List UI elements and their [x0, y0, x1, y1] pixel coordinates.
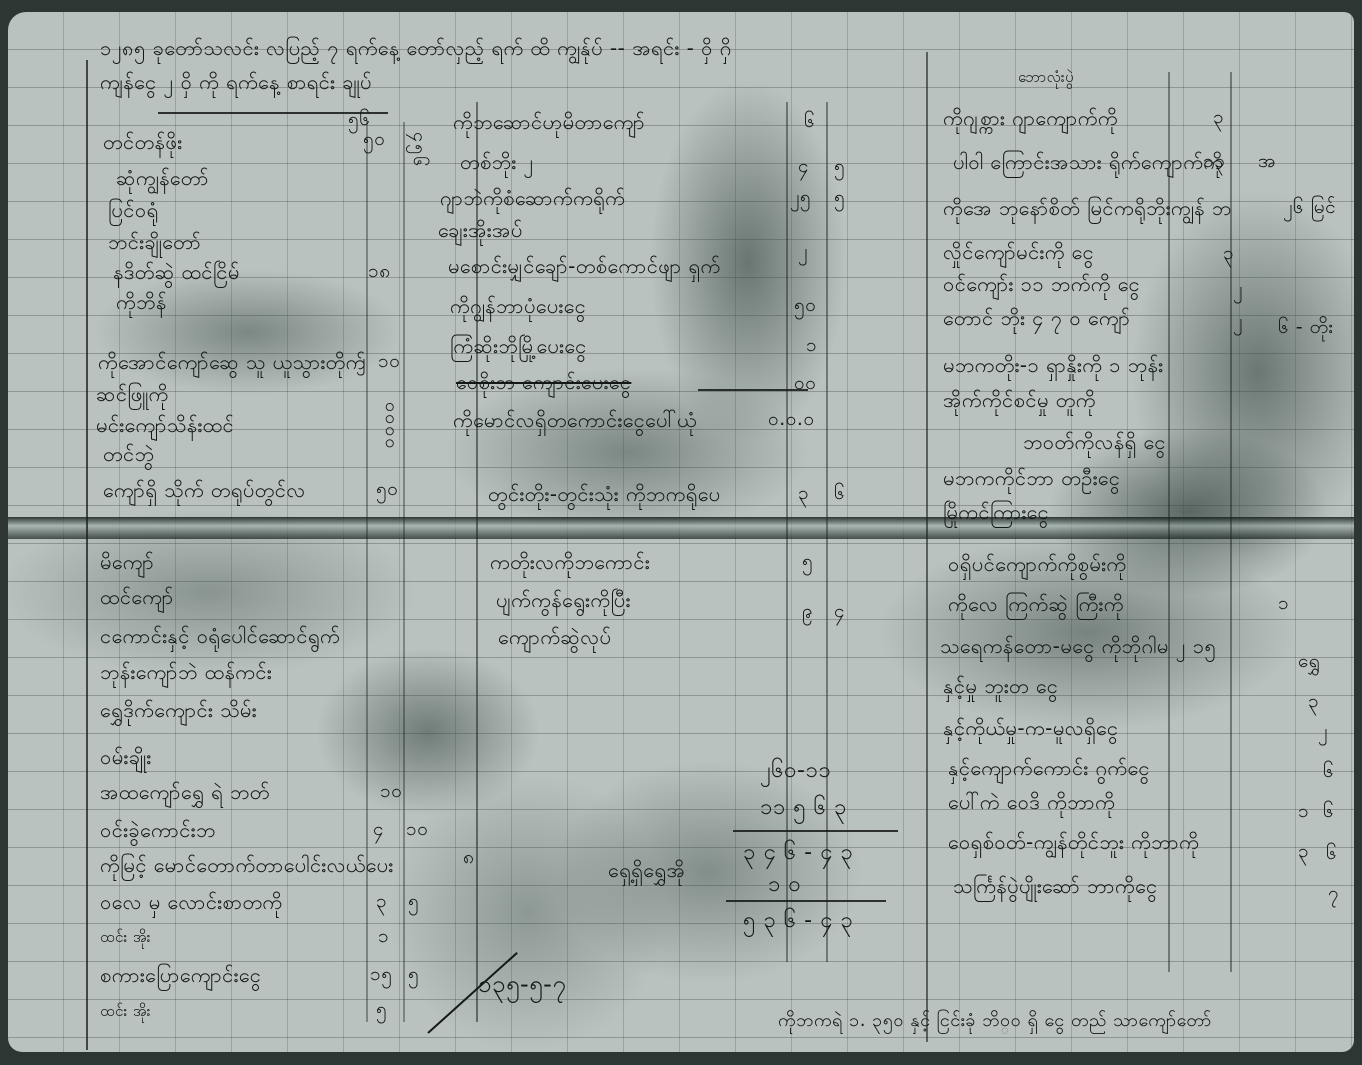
right-row-amount: ၂ — [1233, 312, 1243, 331]
middle-row-extra: ၅ — [834, 157, 845, 176]
left-subtotal-head: ၅၆ — [348, 110, 370, 129]
left-row: ဝလေ မှ လောင်းစာတကို — [100, 892, 283, 912]
left-row-extra: ၁၀ — [406, 820, 428, 839]
middle-row: ကတိုးလကိုဘကောင်း — [490, 552, 650, 572]
right-row-amount: ၁၃ — [1203, 152, 1225, 171]
right-row: မြိုကင်ကြားငွေ — [943, 502, 1049, 522]
middle-row: ကျောက်ဆွဲလုပ် — [498, 627, 611, 647]
middle-row-amount: ၂၅ — [790, 188, 811, 207]
left-row: နဒိတ်ဆွဲ ထင်ငြိမ် — [113, 262, 240, 282]
left-row: တင်တန်ဖိုး — [103, 132, 182, 152]
left-row: ဘုန်းကျော်ဘဲ ထန်ကင်း — [100, 662, 272, 682]
right-row-amount: ၁ — [1278, 594, 1289, 613]
right-row: နှင့်မှု ဘူးတ ငွေ — [943, 676, 1058, 696]
left-row-amount: ၁ — [378, 927, 389, 946]
calc-total: ၅ ၃ ၆ - ၄ ၃ — [743, 910, 853, 932]
left-row: မင်းကျော်သိန်းထင် — [96, 415, 234, 435]
calc-rule — [733, 830, 898, 832]
middle-row-amount: ၀၀ — [794, 374, 816, 393]
right-row-extra: ရွှေ — [1298, 652, 1320, 671]
calc-line-4: ၁ ၀ — [768, 874, 801, 896]
left-row: ငကောင်းနှင့် ဝရုံပေါင်ဆောင်ရွက် — [100, 626, 340, 646]
middle-row-struck: ဝေစိုးဘ ကျောင်းပေးငွေ — [456, 372, 631, 392]
left-row-extra: ၅ — [408, 892, 419, 911]
right-row: ဝေရှစ်ဝတ်-ကျွန်တိုင်ဘူး ကိုဘာကို — [948, 832, 1199, 852]
calc-rule — [726, 900, 886, 902]
right-row-extra: ၂ — [1318, 722, 1328, 741]
page-fold — [8, 517, 1354, 539]
calc-line-1: ၂၆၀-၁၁ — [760, 760, 831, 782]
left-row-amount: ၁၀ — [380, 782, 402, 801]
left-row: ဆုံကျွန်တော် — [116, 168, 209, 188]
middle-row-amount: ၀.၀.၀ — [768, 410, 815, 429]
calc-label: ရှေ့ရှိရွှေအို — [608, 860, 685, 880]
left-row: ကိုမြင့် မောင်တောက်တာပေါင်းလယ်ပေး — [100, 855, 394, 875]
left-row: ပြင်ဝရုံ — [108, 200, 159, 220]
left-row-amount: ၅၀ — [363, 130, 385, 149]
right-row-extra: ၆ — [1323, 762, 1334, 781]
left-row-amount: ၅ — [376, 1000, 387, 1019]
header-line-2: ကျန်ငွေ ၂ ဝှိ ကို ရက်နေ့ စာရင်း ချုပ် — [100, 72, 372, 92]
right-row: ကိုလေ ကြက်ဆွဲ ကြီးကို — [948, 594, 1124, 614]
right-row-extra: ၆ — [1323, 802, 1334, 821]
middle-row: ပျက်ကွန်ရွေးကိုပြီး — [496, 590, 631, 610]
left-row-amount: ၁၀ — [378, 352, 400, 371]
right-row: ပါဝါ ကြောင်းအသား ရိုက်ကျောက်ကို — [953, 152, 1223, 172]
right-row: နှင့်ကိုယ်မှု-က-မူလရှိငွေ — [943, 718, 1118, 738]
calc-line-2: ၁၁ ၅ ၆ ၃ — [760, 797, 847, 819]
column-rule — [366, 122, 368, 1022]
left-row-amount: ၃ — [376, 892, 387, 911]
column-rule — [786, 102, 788, 962]
middle-row-amount: ၅ — [802, 552, 813, 571]
left-row: ဘင်းချိုတော် — [108, 232, 201, 252]
left-row: အထကျော်ရွှေ ရဲ ဘတ် — [100, 782, 270, 802]
right-row: နှင့်ကျောက်ကောင်း ဂွက်ငွေ — [948, 758, 1150, 778]
right-row-amount: ၃ — [1298, 842, 1309, 861]
right-row-amount: ၂ — [1233, 280, 1243, 299]
left-row-amount: ၄ — [373, 820, 384, 839]
left-row-extra: ၈ — [463, 848, 474, 867]
right-row-extra: အ — [1258, 152, 1276, 171]
left-row: ရွှေဒိုက်ကျောင်း သိမ်း — [100, 700, 257, 720]
middle-row: တွင်းတိုး-တွင်းသုံး ကိုဘကရိုပေ — [488, 484, 720, 504]
left-row-extra: ၂ — [356, 352, 366, 371]
left-row: တင်ဘွဲ — [103, 444, 154, 464]
right-row: တောင် ဘိုး ၄ ၇ ၀ ကျော် — [943, 308, 1130, 328]
calc-line-3: ၃ ၄ ၆ - ၄ ၃ — [743, 842, 853, 864]
middle-row-extra: ၅ — [834, 188, 845, 207]
left-row: စကားပြောကျောင်းငွေ — [100, 965, 261, 985]
middle-row: ကိုမောင်လရှိတကောင်းငွေပေါ်ယုံ — [453, 410, 697, 430]
right-row-extra: ၆ — [1326, 844, 1337, 863]
middle-row-amount: ၅၀ — [794, 296, 816, 315]
left-footer-total: ၁၃၅-၅-၇ — [478, 972, 566, 996]
left-row: ကိုအောင်ကျော်ဆွေ သူ ယူသွားတိုက် — [98, 352, 366, 372]
left-row-amount: ၁၅ — [370, 965, 392, 984]
right-row: လှိုင်ကျော်မင်းကို ငွေ — [943, 242, 1094, 262]
middle-row: ချေးအိုးအပ် — [438, 220, 523, 240]
left-row: ထင်း အိုး — [100, 930, 151, 945]
right-row: ဘဝတ်ကိုလန်ရှိ ငွေ — [1023, 432, 1166, 452]
middle-row-extra: ၄ — [834, 602, 845, 621]
right-row-extra: ၂၆ မြင် — [1283, 198, 1336, 217]
left-row: ဝမ်းချိုး — [100, 747, 152, 767]
right-row: ကိုဂျစ္ကား ဂျာကျောက်ကို — [943, 108, 1118, 128]
right-row-amount: ၃ — [1223, 244, 1234, 263]
middle-row-amount: ၄ — [798, 157, 809, 176]
ledger-page: ၁၂၈၅ ခုတော်သလင်း လပြည့် ၇ ရက်နေ့ တော်လှည… — [8, 12, 1354, 1052]
right-row-amount: ၃ — [1213, 108, 1224, 127]
strike-line — [698, 389, 808, 391]
right-row: မဘကကိုင်ဘာ တဦးငွေ — [943, 468, 1120, 488]
middle-row-amount: ၆ — [804, 112, 815, 131]
column-rule — [926, 52, 928, 1042]
left-row: ကျော်ရှိ သိုက် တရုပ်တွင်လ — [103, 480, 306, 500]
left-row-amount: ၁၈ — [368, 262, 391, 281]
right-row-extra: ၇ — [1328, 884, 1339, 903]
left-vertical-figures: ၀၀၀၀ — [382, 402, 400, 492]
left-row-extra: ၅ — [408, 965, 419, 984]
right-row: မဘကတိုး-၁ ရှာနှိုးကို ၁ ဘုန်း — [943, 355, 1163, 375]
middle-row-amount: ၁ — [806, 336, 817, 355]
right-column-title: ဘောလုံးပွဲ — [1018, 70, 1074, 85]
bottom-note: ကိုဘကရဲ ၁. ၃၅၀ နှင့် ငြင်းခုံ ဘိဝ္ဝ ရှိ … — [778, 1012, 1212, 1030]
middle-row-amount: ၂ — [798, 242, 808, 261]
right-row-extra: ၆ - တိုး — [1278, 318, 1333, 337]
middle-row-amount: ၉ — [802, 602, 813, 621]
left-row: ဝင်းခွဲကောင်းဘ — [100, 820, 216, 840]
left-row: ဆင်ဖြူကို — [96, 384, 169, 404]
left-vertical-figures: ၄၅၆ — [410, 132, 428, 222]
right-row: ကိုအေ ဘုနော်စိတ် မြင်ကရိုဘိုးကျွန် ဘ — [943, 198, 1232, 218]
middle-row-extra: ၆ — [834, 484, 845, 503]
header-line-1: ၁၂၈၅ ခုတော်သလင်း လပြည့် ၇ ရက်နေ့ တော်လှည… — [100, 38, 732, 58]
right-row: ဝင်ကျော်း ၁၁ ဘက်ကို ငွေ — [943, 274, 1140, 294]
middle-row: ကိုဂျွန်ဘာပုံပေးငွေ — [450, 296, 586, 316]
column-rule — [826, 102, 828, 962]
right-row: အိုက်ကိုင်စင်မှု တူကို — [943, 390, 1096, 410]
right-row: ဝရှိပင်ကျောက်ကိုစွမ်းကို — [948, 554, 1127, 574]
middle-row: တစ်ဘိုး ၂ — [460, 152, 534, 172]
right-row: ပေါ်ကဲ ဝေဒိ ကိုဘာကို — [948, 792, 1115, 812]
middle-row: ကိုဘဆောင်ဟုမိတာကျော် — [453, 112, 645, 132]
middle-row-amount: ၃ — [798, 484, 809, 503]
left-row: ထင်ကျော် — [100, 587, 174, 607]
margin-rule — [86, 60, 88, 1050]
right-row-extra: ၃ — [1308, 692, 1319, 711]
left-row: မိကျော် — [100, 552, 154, 572]
right-row-amount: ၁ — [1298, 802, 1309, 821]
left-row: ကိုဘိန် — [116, 292, 167, 312]
middle-row: ကြံဆိုးဘိုမြို့ပေးငွေ — [450, 336, 587, 356]
middle-row: မစောင်းမျှင်ချော်-တစ်ကောင်ဖျာ ရှက် — [448, 256, 721, 276]
right-row: သင်္ကြန်ပွဲပျိုးဆော် ဘာကိုငွေ — [953, 876, 1158, 896]
column-rule — [403, 122, 405, 1022]
right-row: သရေကန်တော-မငွေ ကိုဘိုဂါမ ၂ ၁၅ — [940, 636, 1216, 656]
left-row: ထင်း အိုး — [100, 1004, 151, 1019]
middle-row: ဂျာဘဲကိုစံဆောက်ကရိုက် — [440, 188, 625, 208]
